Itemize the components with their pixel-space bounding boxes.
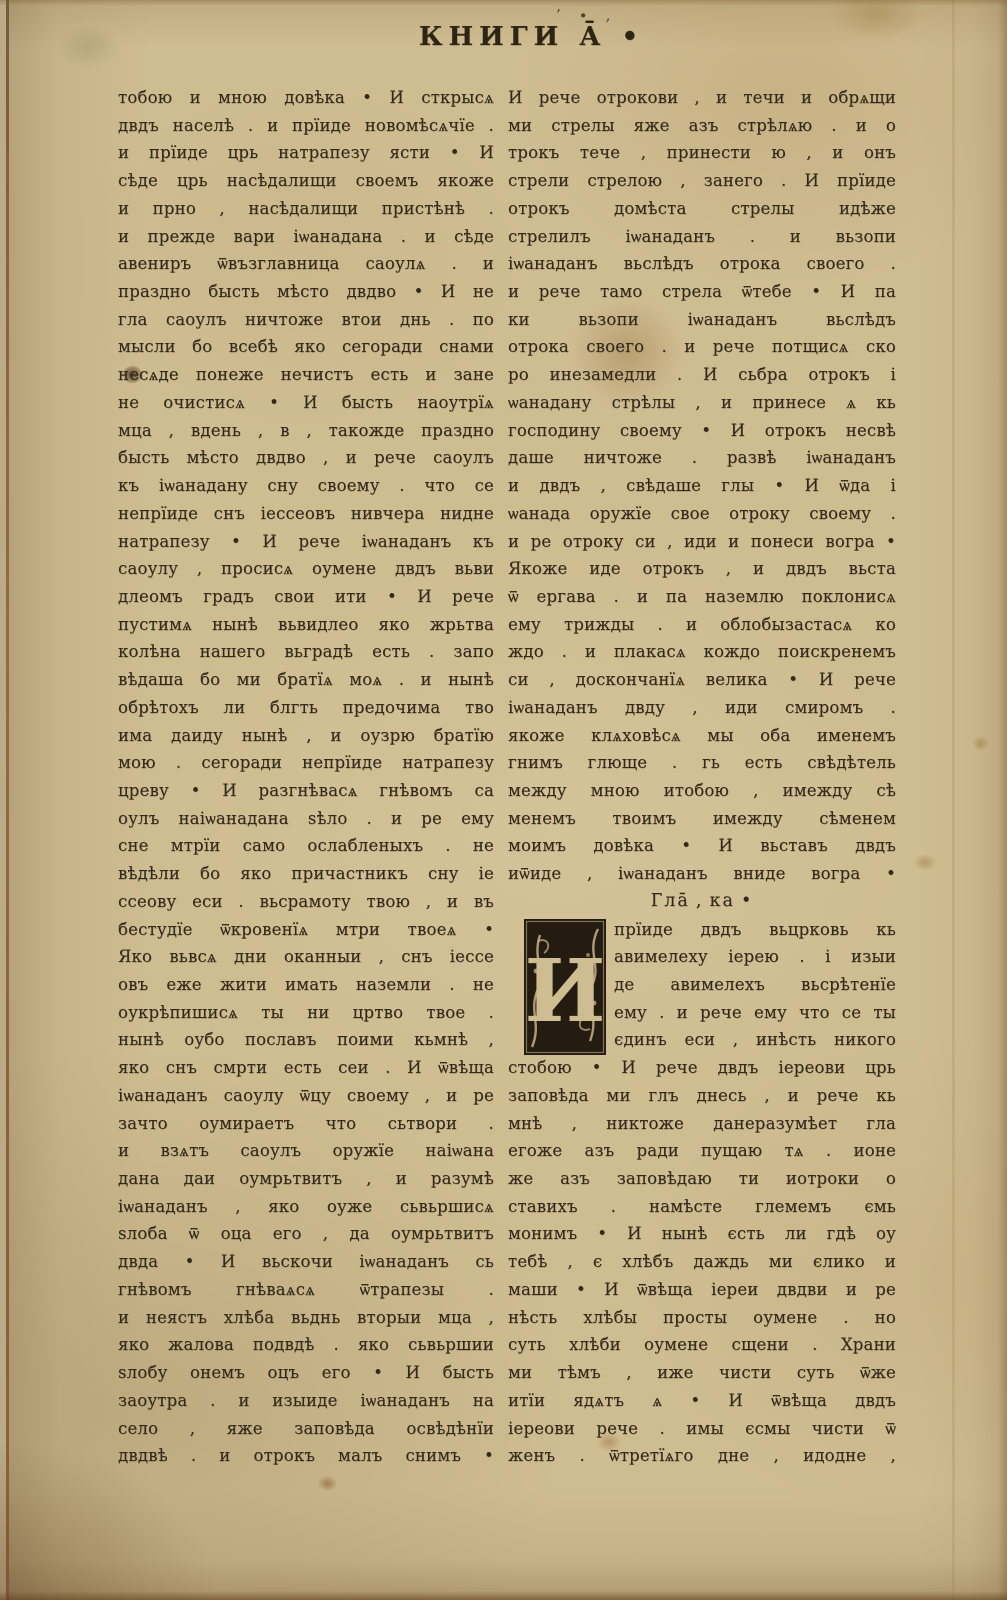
text-line: праздно бысть мѣсто двдво • И не: [118, 278, 494, 306]
text-line: іѡанаданъ двду , иди смиромъ .: [508, 694, 896, 722]
text-line: сне мтрїи само ослабленыхъ . не: [118, 832, 494, 860]
text-line: отрока своего . и рече потщисѧ ско: [508, 333, 896, 361]
text-line: трокъ тече , принести ю , и онъ: [508, 139, 896, 167]
text-line: мца , вдень , в , такожде праздно: [118, 417, 494, 445]
text-line: не очистисѧ • И бысть наоутрїѧ: [118, 389, 494, 417]
text-line: и ре отроку си , иди и понеси вогра •: [508, 528, 896, 556]
paper-stain: [914, 854, 936, 871]
drop-cap-woodcut: И: [524, 919, 606, 1055]
text-line: мысли бо всебѣ яко сегоради снами: [118, 333, 494, 361]
text-line: гнѣвомъ гнѣваѧсѧ ѿтрапезы .: [118, 1276, 494, 1304]
text-line: длеомъ градъ свои ити • И рече: [118, 583, 494, 611]
text-line: авениръ ѿвъзглавница саоулѧ . и: [118, 250, 494, 278]
woodcut-letter: И: [524, 941, 605, 1042]
text-line: И рече отрокови , и течи и обрѧщи: [508, 84, 896, 112]
right-text-column: И рече отрокови , и течи и обрѧщими стре…: [508, 84, 896, 1470]
text-line: Яко вьвсѧ дни оканныи , снъ іессе: [118, 943, 494, 971]
text-line: стобою • И рече двдъ іереови црь: [508, 1054, 896, 1082]
text-line: ссеову еси . вьсрамоту твою , и въ: [118, 888, 494, 916]
text-line: ѡанадану стрѣлы , и принесе ѧ кь: [508, 389, 896, 417]
text-line: іѡанаданъ , яко оуже сьвьршисѧ: [118, 1193, 494, 1221]
text-line: иѿиде , іѡанаданъ вниде вогра •: [508, 860, 896, 888]
text-line: овъ еже жити имать наземли . не: [118, 971, 494, 999]
text-line: и прїиде црь натрапезу ясти • И: [118, 139, 494, 167]
text-line: даше ничтоже . развѣ іѡанаданъ: [508, 444, 896, 472]
paper-stain: [318, 1476, 337, 1491]
page-edge-right: [998, 0, 1007, 1600]
text-line: ѕлобу онемъ оцъ его • И бысть: [118, 1359, 494, 1387]
text-line: вѣдаша бо ми братїѧ моѧ . и нынѣ: [118, 666, 494, 694]
text-line: господину своему • И отрокъ несвѣ: [508, 417, 896, 445]
text-line: гнимъ глюще . гь есть свѣдѣтель: [508, 749, 896, 777]
text-line: сѣде црь насѣдалищи своемъ якоже: [118, 167, 494, 195]
text-line: маши • И ѿвѣща іереи двдви и ре: [508, 1276, 896, 1304]
text-line: натрапезу • И рече іѡанаданъ къ: [118, 528, 494, 556]
text-line: тебѣ , є хлѣбъ даждь ми єлико и: [508, 1248, 896, 1276]
text-line: авимелеху іерею . і изыи: [614, 943, 896, 971]
text-line: стрелилъ іѡанаданъ . и вьзопи: [508, 223, 896, 251]
text-line: іѡанаданъ саоулу ѿцу своему , и ре: [118, 1082, 494, 1110]
text-line: село , яже заповѣда освѣдѣнїи: [118, 1415, 494, 1443]
text-line: отрокъ домѣста стрелы идѣже: [508, 195, 896, 223]
text-line: ему . и рече ему что се ты: [614, 999, 896, 1027]
text-line: и рече тамо стрела ѿтебе • И па: [508, 278, 896, 306]
text-line: цреву • И разгнѣвасѧ гнѣвомъ са: [118, 777, 494, 805]
text-line: оукрѣпишисѧ ты ни цртво твое .: [118, 999, 494, 1027]
text-line: прїиде двдъ вьцрковь кь: [614, 916, 896, 944]
text-line: ѕлоба ѿ оца его , да оумрьтвитъ: [118, 1220, 494, 1248]
running-header: КНИГИ А̄ •: [28, 22, 1007, 52]
text-line: оулъ наіѡанадана ѕѣло . и ре ему: [118, 805, 494, 833]
chapter-opening-block: И прїиде двдъ вьцрковь кьавимелеху іерею…: [508, 916, 896, 1055]
text-line: ставихъ . намѣсте глемемъ ємь: [508, 1193, 896, 1221]
text-line: колѣна нашего вьградѣ есть . запо: [118, 638, 494, 666]
text-line: вѣдѣли бо яко причастникъ сну іе: [118, 860, 494, 888]
text-line: и неястъ хлѣба вьднь вторыи мца ,: [118, 1304, 494, 1332]
text-line: ро инезамедли . И сьбра отрокъ і: [508, 361, 896, 389]
text-line: итїи ядѧтъ ѧ • И ѿвѣща двдъ: [508, 1387, 896, 1415]
text-line: ми тѣмъ , иже чисти суть ѿже: [508, 1359, 896, 1387]
text-line: тобою и мною довѣка • И сткрысѧ: [118, 84, 494, 112]
right-bottom-block: стобою • И рече двдъ іереови црьзаповѣда…: [508, 1054, 896, 1470]
left-text-column: тобою и мною довѣка • И сткрысѧдвдъ насе…: [118, 84, 494, 1470]
text-line: заповѣда ми глъ днесь , и рече кь: [508, 1082, 896, 1110]
text-line: и взѧтъ саоулъ оружїе наіѡана: [118, 1137, 494, 1165]
text-line: дана даи оумрьтвитъ , и разумѣ: [118, 1165, 494, 1193]
text-line: егоже азъ ради пущаю тѧ . ионе: [508, 1137, 896, 1165]
text-line: мнѣ , никтоже данеразумѣет гла: [508, 1110, 896, 1138]
text-line: єдинъ еси , инѣсть никого: [614, 1026, 896, 1054]
text-line: ему трижды . и облобызастасѧ ко: [508, 611, 896, 639]
text-line: іѡанаданъ вьслѣдъ отрока своего .: [508, 250, 896, 278]
text-line: и прежде вари іѡанадана . и сѣде: [118, 223, 494, 251]
text-line: обрѣтохъ ли блгть предочима тво: [118, 694, 494, 722]
text-line: де авимелехъ вьсрѣтенїе: [614, 971, 896, 999]
text-line: якоже клѧховѣсѧ мы оба именемъ: [508, 722, 896, 750]
text-line: саоулу , просисѧ оумене двдъ вьви: [118, 555, 494, 583]
text-line: гла саоулъ ничтоже втои днь . по: [118, 306, 494, 334]
text-line: мою . сегоради непрїиде натрапезу: [118, 749, 494, 777]
text-line: бестудїе ѿкровенїѧ мтри твоеѧ •: [118, 916, 494, 944]
text-line: іереови рече . имы єсмы чисти ѿ: [508, 1415, 896, 1443]
text-line: и прно , насѣдалищи пристѣнѣ .: [118, 195, 494, 223]
text-line: яко снъ смрти есть сеи . И ѿвѣща: [118, 1054, 494, 1082]
text-line: ѡанада оружїе свое отроку своему .: [508, 500, 896, 528]
text-line: двдъ населѣ . и прїиде новомѣсѧчїе .: [118, 112, 494, 140]
text-line: между мною итобою , имежду сѣ: [508, 777, 896, 805]
text-line: женъ . ѿтретїѧго дне , идодне ,: [508, 1442, 896, 1470]
text-line: стрели стрелою , занего . И прїиде: [508, 167, 896, 195]
page-edge-top: [0, 0, 1007, 6]
text-line: пустимѧ нынѣ вьвидлео яко жрьтва: [118, 611, 494, 639]
text-line: има даиду нынѣ , и оузрю братїю: [118, 722, 494, 750]
text-line: заоутра . и изыиде іѡанаданъ на: [118, 1387, 494, 1415]
text-line: двда • И вьскочи іѡанаданъ сь: [118, 1248, 494, 1276]
page-edge-streak: [952, 0, 955, 1600]
paper-stain: [972, 736, 989, 751]
text-line: си , доскончанїѧ велика • И рече: [508, 666, 896, 694]
page: ’ ∙ ‚ КНИГИ А̄ • тобою и мною довѣка • И…: [0, 0, 1007, 1600]
text-line: монимъ • И нынѣ єсть ли гдѣ оу: [508, 1220, 896, 1248]
right-top-block: И рече отрокови , и течи и обрѧщими стре…: [508, 84, 896, 888]
text-line: къ іѡанадану сну своему . что се: [118, 472, 494, 500]
text-line: ми стрелы яже азъ стрѣлѧю . и о: [508, 112, 896, 140]
text-line: несѧде понеже нечистъ есть и зане: [118, 361, 494, 389]
text-line: суть хлѣби оумене сщени . Храни: [508, 1331, 896, 1359]
text-line: Якоже иде отрокъ , и двдъ вьста: [508, 555, 896, 583]
text-line: же азъ заповѣдаю ти иотроки о: [508, 1165, 896, 1193]
text-line: нынѣ оубо пославъ поими кьмнѣ ,: [118, 1026, 494, 1054]
binding-edge-line: [6, 0, 9, 1600]
text-line: двдвѣ . и отрокъ малъ снимъ •: [118, 1442, 494, 1470]
text-line: и двдъ , свѣдаше глы • И ѿда і: [508, 472, 896, 500]
text-line: зачто оумираетъ что сьтвори .: [118, 1110, 494, 1138]
text-line: яко жалова подвдѣ . яко сьвьршии: [118, 1331, 494, 1359]
text-line: ждо . и плакасѧ кождо поискренемъ: [508, 638, 896, 666]
text-line: нѣсть хлѣбы просты оумене . но: [508, 1304, 896, 1332]
text-line: менемъ твоимъ имежду сѣменем: [508, 805, 896, 833]
text-line: ѿ ергава . и па наземлю поклонисѧ: [508, 583, 896, 611]
text-line: бысть мѣсто двдво , и рече саоулъ: [118, 444, 494, 472]
text-line: ки вьзопи іѡанаданъ вьслѣдъ: [508, 306, 896, 334]
chapter-heading: Гла̄ , ка •: [508, 888, 896, 916]
text-line: непрїиде снъ іессеовъ нивчера нидне: [118, 500, 494, 528]
text-line: моимъ довѣка • И вьставъ двдъ: [508, 832, 896, 860]
